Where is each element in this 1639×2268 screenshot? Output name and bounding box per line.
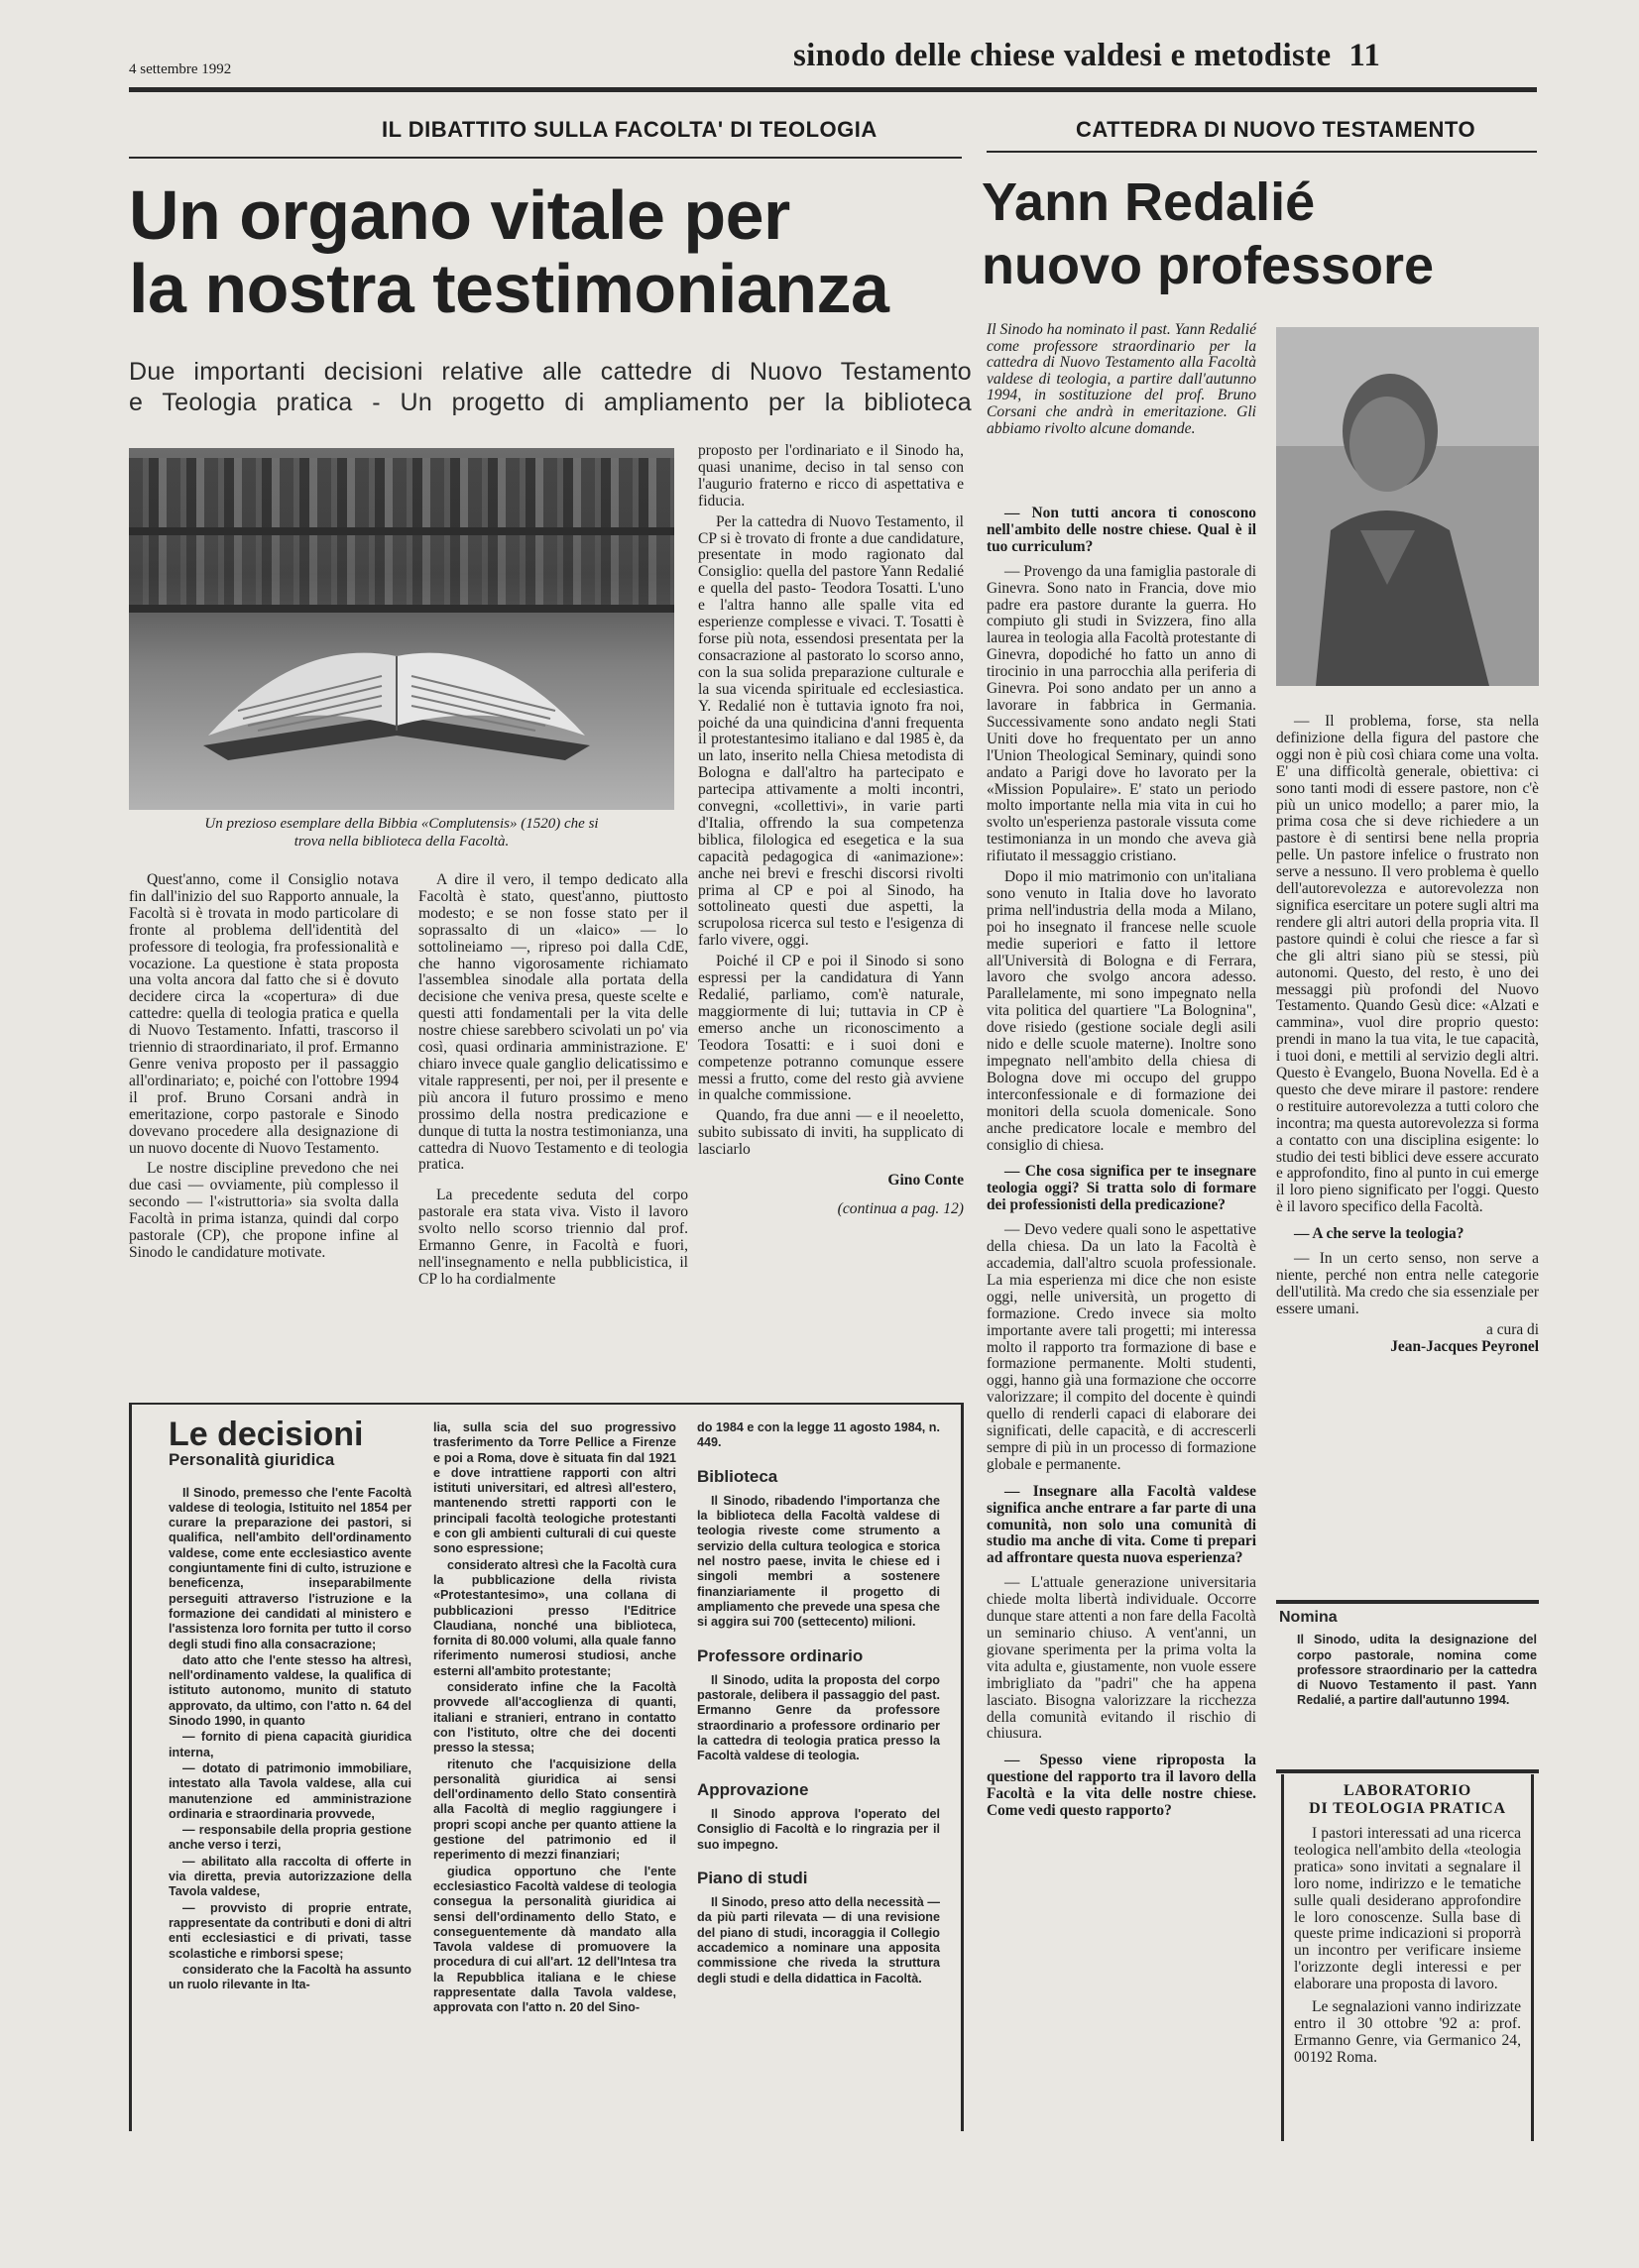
headline-line: la nostra testimonianza [129, 252, 972, 325]
decisions-heading: Professore ordinario [697, 1648, 940, 1663]
bible-photo [129, 448, 674, 810]
decision-paragraph: — fornito di piena capacità giuridica in… [169, 1730, 411, 1760]
subheadline: Due importanti decisioni relative alle c… [129, 357, 972, 418]
caption-line: Un prezioso esemplare della Bibbia «Comp… [129, 815, 674, 833]
article-column-3: proposto per l'ordinariato e il Sinodo h… [698, 443, 964, 1218]
decision-paragraph: Il Sinodo, ribadendo l'importanza che la… [697, 1494, 940, 1631]
article-column-1: Quest'anno, come il Consiglio notava fin… [129, 872, 399, 1266]
nomina-rule [1276, 1600, 1539, 1604]
left-kicker-rule [129, 157, 962, 159]
paragraph: Le segnalazioni vanno indirizzate entro … [1294, 1999, 1521, 2067]
portrait-photo [1276, 327, 1539, 686]
title-line: DI TEOLOGIA PRATICA [1294, 1800, 1521, 1818]
author-byline: Gino Conte [698, 1173, 964, 1190]
decisions-title: Le decisioni [169, 1427, 411, 1442]
decision-paragraph: Il Sinodo, premesso che l'ente Facoltà v… [169, 1486, 411, 1652]
paragraph: I pastori interessati ad una ricerca teo… [1294, 1826, 1521, 1993]
page-number: 11 [1348, 38, 1380, 73]
decisions-column-1: Le decisioni Personalità giuridica Il Si… [169, 1427, 411, 1993]
decision-paragraph: lia, sulla scia del suo progressivo tras… [433, 1420, 676, 1557]
article-column-2: A dire il vero, il tempo dedicato alla F… [418, 872, 688, 1293]
headline-line: Un organo vitale per [129, 178, 972, 252]
publication-name: sinodo delle chiese valdesi e metodiste [793, 38, 1331, 73]
paragraph: Quest'anno, come il Consiglio notava fin… [129, 872, 399, 1157]
person-portrait-icon [1276, 327, 1539, 686]
decision-paragraph: considerato altresì che la Facoltà cura … [433, 1558, 676, 1679]
headline-line: nuovo professore [982, 234, 1537, 297]
interview-answer: Dopo il mio matrimonio con un'italiana s… [987, 869, 1256, 1154]
decisions-column-3: do 1984 e con la legge 11 agosto 1984, n… [697, 1420, 940, 1987]
decision-paragraph: giudica opportuno che l'ente ecclesiasti… [433, 1865, 676, 2016]
laboratorio-box: LABORATORIO DI TEOLOGIA PRATICA I pastor… [1281, 1774, 1534, 2141]
paragraph: Quando, fra due anni — e il neoeletto, s… [698, 1108, 964, 1159]
decisions-heading: Piano di studi [697, 1871, 940, 1885]
paragraph: Per la cattedra di Nuovo Testamento, il … [698, 514, 964, 951]
interview-column-2: — Il problema, forse, sta nella definizi… [1276, 706, 1539, 1356]
nomina-heading: Nomina [1279, 1610, 1537, 1625]
interview-answer: — In un certo senso, non serve a niente,… [1276, 1251, 1539, 1318]
decisions-heading: Approvazione [697, 1782, 940, 1797]
credit-name: Jean-Jacques Peyronel [1276, 1339, 1539, 1356]
nomina-text: Il Sinodo, udita la designazione del cor… [1279, 1633, 1537, 1708]
issue-date: 4 settembre 1992 [129, 61, 231, 78]
decision-paragraph: considerato infine che la Facoltà provve… [433, 1680, 676, 1756]
decision-paragraph: Il Sinodo, udita la proposta del corpo p… [697, 1673, 940, 1764]
interview-answer: — L'attuale generazione universitaria ch… [987, 1575, 1256, 1743]
decision-paragraph: — provvisto di proprie entrate, rapprese… [169, 1901, 411, 1962]
photo-caption: Un prezioso esemplare della Bibbia «Comp… [129, 815, 674, 850]
decision-paragraph: Il Sinodo, preso atto della necessità — … [697, 1895, 940, 1986]
decision-paragraph: do 1984 e con la legge 11 agosto 1984, n… [697, 1420, 940, 1451]
interview-answer: — Provengo da una famiglia pastorale di … [987, 564, 1256, 865]
title-line: LABORATORIO [1294, 1782, 1521, 1800]
credit-label: a cura di [1276, 1322, 1539, 1339]
decision-paragraph: considerato che la Facoltà ha assunto un… [169, 1963, 411, 1993]
interview-question: — Non tutti ancora ti conoscono nell'amb… [987, 506, 1256, 556]
decision-paragraph: dato atto che l'ente stesso ha altresì, … [169, 1653, 411, 1729]
laboratorio-title: LABORATORIO DI TEOLOGIA PRATICA [1294, 1782, 1521, 1818]
decisions-heading: Personalità giuridica [169, 1452, 411, 1467]
right-kicker-rule [987, 151, 1537, 153]
paragraph: proposto per l'ordinariato e il Sinodo h… [698, 443, 964, 510]
decision-paragraph: Il Sinodo approva l'operato del Consigli… [697, 1807, 940, 1853]
paragraph: La precedente seduta del corpo pastorale… [418, 1188, 688, 1288]
decision-paragraph: ritenuto che l'acquisizione della person… [433, 1758, 676, 1864]
right-kicker: CATTEDRA DI NUOVO TESTAMENTO [1076, 117, 1475, 143]
caption-line: trova nella biblioteca della Facoltà. [129, 833, 674, 850]
nomina-box: Nomina Il Sinodo, udita la designazione … [1279, 1606, 1537, 1710]
decisions-column-2: lia, sulla scia del suo progressivo tras… [433, 1420, 676, 2017]
decision-paragraph: — abilitato alla raccolta di offerte in … [169, 1855, 411, 1900]
left-kicker: IL DIBATTITO SULLA FACOLTA' DI TEOLOGIA [382, 117, 878, 143]
headline-line: Yann Redalié [982, 170, 1537, 234]
decision-paragraph: — dotato di patrimonio immobiliare, inte… [169, 1761, 411, 1822]
interview-column-1: — Non tutti ancora ti conoscono nell'amb… [987, 496, 1256, 1828]
subhead-line: Due importanti decisioni relative alle c… [129, 357, 972, 388]
masthead-rule [129, 87, 1537, 92]
paragraph: A dire il vero, il tempo dedicato alla F… [418, 872, 688, 1174]
paragraph: Le nostre discipline prevedono che nei d… [129, 1161, 399, 1261]
interview-headline: Yann Redalié nuovo professore [982, 170, 1537, 297]
interview-question: — Insegnare alla Facoltà valdese signifi… [987, 1484, 1256, 1568]
decisions-heading: Biblioteca [697, 1469, 940, 1484]
interview-answer: — Devo vedere quali sono le aspettative … [987, 1222, 1256, 1474]
publication-title: sinodo delle chiese valdesi e metodiste1… [793, 38, 1380, 74]
interview-question: — A che serve la teologia? [1276, 1226, 1539, 1243]
paragraph: Poiché il CP e poi il Sinodo si sono esp… [698, 954, 964, 1104]
laboratorio-rule [1276, 1769, 1539, 1773]
decision-paragraph: — responsabile della propria gestione an… [169, 1823, 411, 1854]
interview-answer: — Il problema, forse, sta nella definizi… [1276, 714, 1539, 1216]
interview-question: — Spesso viene riproposta la questione d… [987, 1753, 1256, 1820]
subhead-line: e Teologia pratica - Un progetto di ampl… [129, 388, 972, 418]
continued-link[interactable]: (continua a pag. 12) [698, 1201, 964, 1218]
interview-lede: Il Sinodo ha nominato il past. Yann Reda… [987, 322, 1256, 437]
open-book-icon [198, 597, 595, 765]
interview-question: — Che cosa significa per te insegnare te… [987, 1164, 1256, 1214]
main-headline: Un organo vitale per la nostra testimoni… [129, 178, 972, 325]
